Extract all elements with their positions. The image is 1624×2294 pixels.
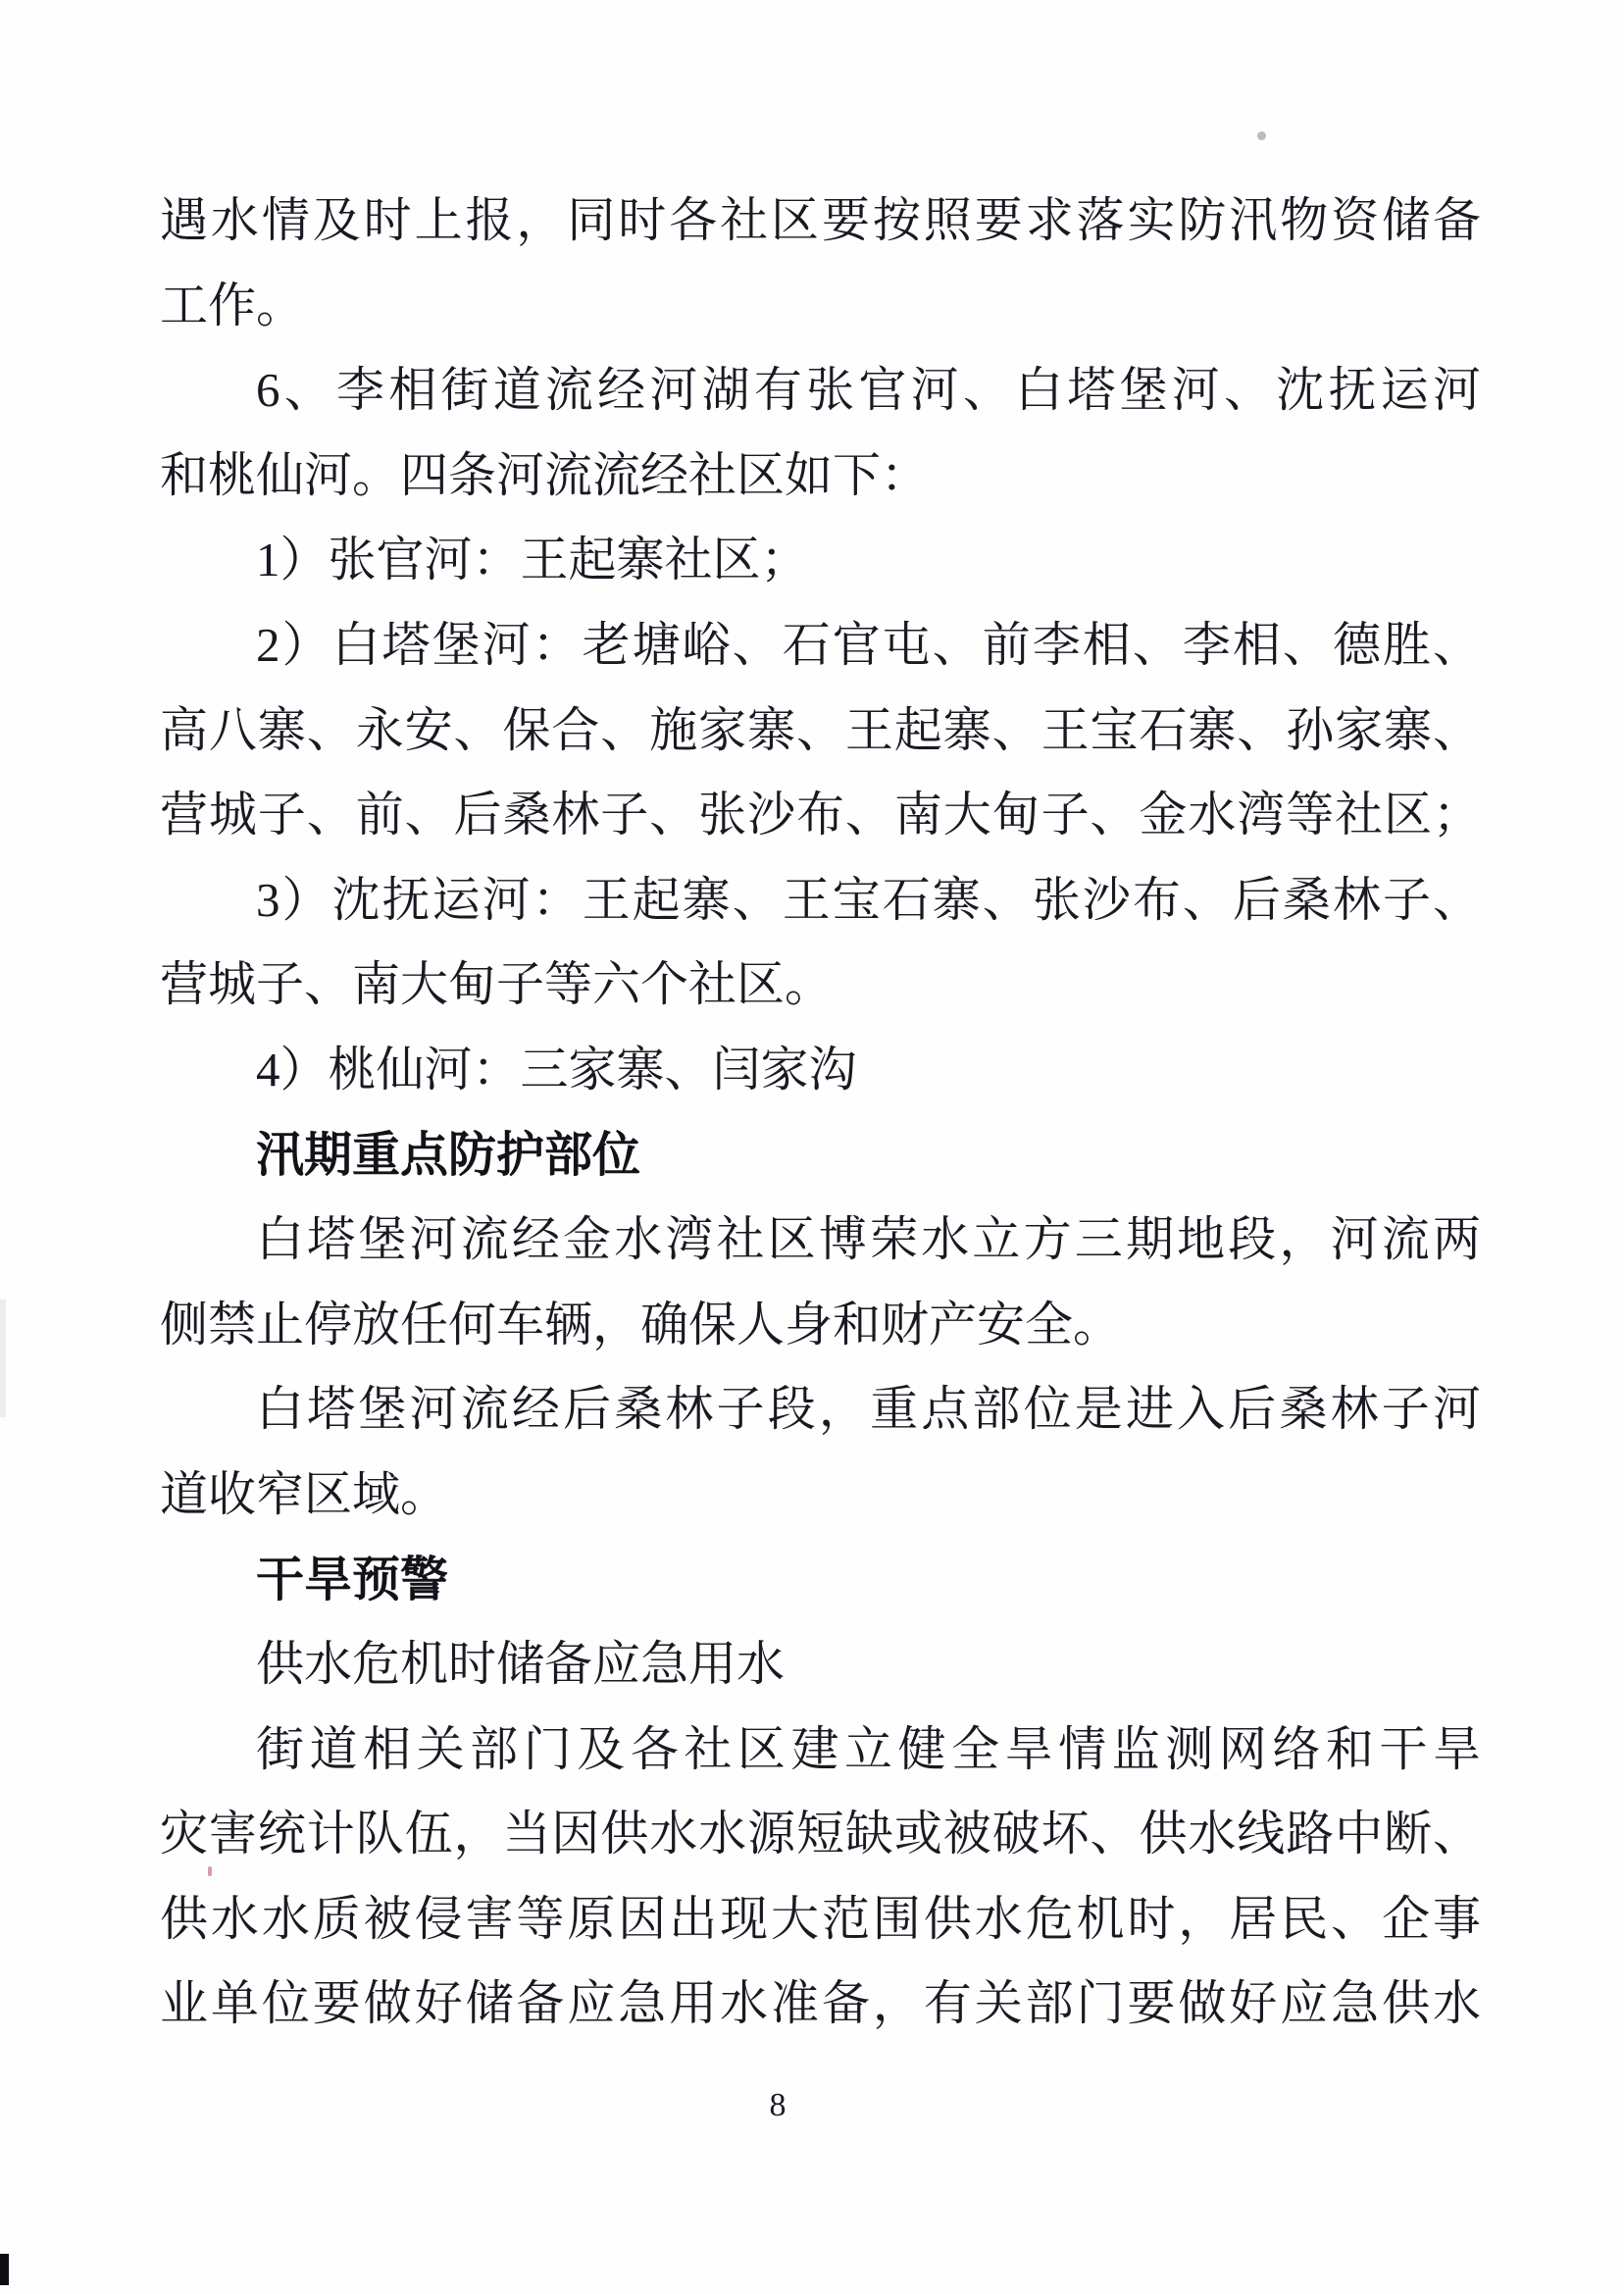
text-line: 供水危机时储备应急用水 (160, 1622, 1481, 1708)
text-line: 灾害统计队伍，当因供水水源短缺或被破坏、供水线路中断、 (160, 1792, 1481, 1877)
text-line: 业单位要做好储备应急用水准备，有关部门要做好应急供水 (160, 1962, 1481, 2047)
text-line: 白塔堡河流经后桑林子段，重点部位是进入后桑林子河 (160, 1367, 1481, 1453)
text-line: 街道相关部门及各社区建立健全旱情监测网络和干旱 (160, 1708, 1481, 1793)
page-number-value: 8 (770, 2083, 787, 2128)
text-line: 供水水质被侵害等原因出现大范围供水危机时，居民、企事 (160, 1877, 1481, 1963)
text-line: 遇水情及时上报，同时各社区要按照要求落实防汛物资储备 (160, 178, 1481, 264)
text-line: 4）桃仙河：三家寨、闫家沟 (160, 1028, 1481, 1113)
scan-edge-streak-artifact (0, 1300, 6, 1417)
text-line: 和桃仙河。四条河流流经社区如下： (160, 433, 1481, 519)
text-line: 侧禁止停放任何车辆，确保人身和财产安全。 (160, 1283, 1481, 1368)
scan-edge-mark-artifact (0, 2254, 9, 2285)
text-line: 6、李相街道流经河湖有张官河、白塔堡河、沈抚运河 (160, 348, 1481, 433)
text-line: 3）沈抚运河：王起寨、王宝石寨、张沙布、后桑林子、 (160, 858, 1481, 943)
text-line: 工作。 (160, 264, 1481, 349)
scan-red-speck-artifact (208, 1866, 212, 1876)
text-line: 道收窄区域。 (160, 1453, 1481, 1538)
document-page: 遇水情及时上报，同时各社区要按照要求落实防汛物资储备工作。6、李相街道流经河湖有… (0, 0, 1624, 2294)
text-line: 白塔堡河流经金水湾社区博荣水立方三期地段，河流两 (160, 1198, 1481, 1283)
document-body: 遇水情及时上报，同时各社区要按照要求落实防汛物资储备工作。6、李相街道流经河湖有… (160, 178, 1481, 2047)
section-heading: 干旱预警 (160, 1538, 1481, 1623)
text-line: 1）张官河：王起寨社区； (160, 518, 1481, 603)
text-line: 营城子、前、后桑林子、张沙布、南大甸子、金水湾等社区； (160, 773, 1481, 858)
text-line: 营城子、南大甸子等六个社区。 (160, 943, 1481, 1028)
text-line: 2）白塔堡河：老塘峪、石官屯、前李相、李相、德胜、 (160, 603, 1481, 688)
section-heading: 汛期重点防护部位 (160, 1113, 1481, 1198)
text-line: 高八寨、永安、保合、施家寨、王起寨、王宝石寨、孙家寨、 (160, 688, 1481, 774)
page-number: 8 (0, 2083, 1624, 2128)
scan-speck-artifact (1257, 131, 1266, 140)
